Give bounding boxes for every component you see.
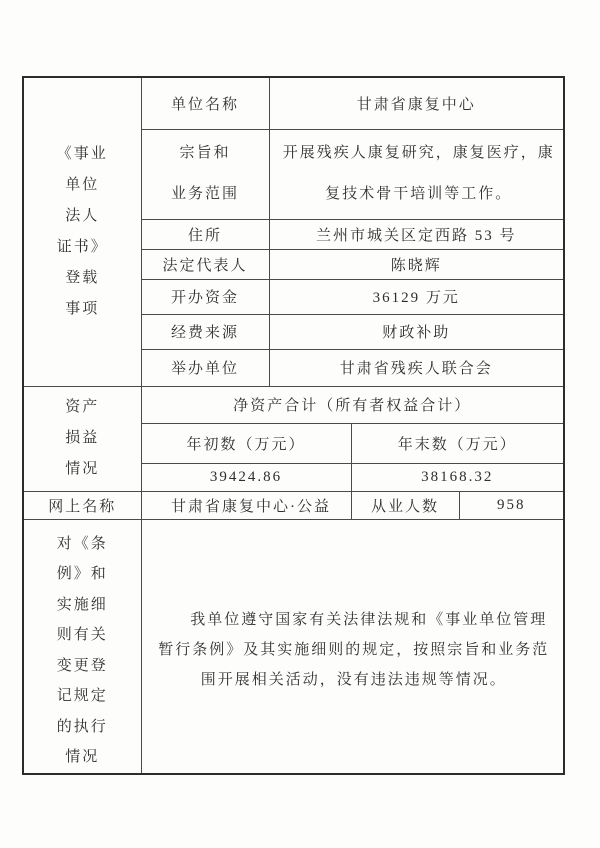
- side-label-line: 登载: [24, 263, 141, 294]
- year-start-header: 年初数（万元）: [141, 423, 351, 463]
- year-end-value: 38168.32: [351, 463, 564, 491]
- unit-name-label: 单位名称: [141, 77, 269, 129]
- compliance-statement: 我单位遵守国家有关法律法规和《事业单位管理暂行条例》及其实施细则的规定，按照宗旨…: [141, 519, 564, 774]
- side-label-line: 变更登: [24, 651, 141, 682]
- address-value: 兰州市城关区定西路 53 号: [269, 219, 564, 249]
- legal-person-annual-report-table: 《事业 单位 法人 证书》 登载 事项 单位名称 甘肃省康复中心 宗旨和 业务范…: [22, 76, 565, 775]
- side-label-line: 事项: [24, 294, 141, 325]
- side-label-line: 单位: [24, 170, 141, 201]
- organizer-value: 甘肃省残疾人联合会: [269, 349, 564, 386]
- side-label-line: 则有关: [24, 620, 141, 651]
- compliance-section-side-label: 对《条 例》和 实施细 则有关 变更登 记规定 的执行 情况: [23, 519, 141, 774]
- funding-source-label: 经费来源: [141, 314, 269, 349]
- side-label-line: 证书》: [24, 232, 141, 263]
- net-assets-header: 净资产合计（所有者权益合计）: [141, 386, 564, 423]
- side-label-line: 损益: [24, 423, 141, 454]
- scanned-document-page: 《事业 单位 法人 证书》 登载 事项 单位名称 甘肃省康复中心 宗旨和 业务范…: [0, 0, 600, 848]
- side-label-line: 法人: [24, 201, 141, 232]
- online-name-value: 甘肃省康复中心·公益: [141, 491, 351, 519]
- mission-label-line: 业务范围: [142, 174, 269, 215]
- unit-name-value: 甘肃省康复中心: [269, 77, 564, 129]
- legal-rep-label: 法定代表人: [141, 249, 269, 279]
- legal-rep-value: 陈晓辉: [269, 249, 564, 279]
- year-end-header: 年末数（万元）: [351, 423, 564, 463]
- address-label: 住所: [141, 219, 269, 249]
- side-label-line: 实施细: [24, 590, 141, 621]
- side-label-line: 资产: [24, 392, 141, 423]
- mission-label-line: 宗旨和: [142, 133, 269, 174]
- side-label-line: 记规定: [24, 681, 141, 712]
- side-label-line: 情况: [24, 742, 141, 773]
- organizer-label: 举办单位: [141, 349, 269, 386]
- mission-value: 开展残疾人康复研究，康复医疗，康复技术骨干培训等工作。: [269, 129, 564, 219]
- capital-label: 开办资金: [141, 279, 269, 314]
- side-label-line: 例》和: [24, 559, 141, 590]
- staff-count-label: 从业人数: [351, 491, 459, 519]
- year-start-value: 39424.86: [141, 463, 351, 491]
- funding-source-value: 财政补助: [269, 314, 564, 349]
- side-label-line: 的执行: [24, 712, 141, 743]
- assets-section-side-label: 资产 损益 情况: [23, 386, 141, 491]
- staff-count-value: 958: [459, 491, 564, 519]
- certificate-section-side-label: 《事业 单位 法人 证书》 登载 事项: [23, 77, 141, 386]
- side-label-line: 情况: [24, 454, 141, 485]
- side-label-line: 对《条: [24, 529, 141, 560]
- mission-label: 宗旨和 业务范围: [141, 129, 269, 219]
- side-label-line: 《事业: [24, 139, 141, 170]
- capital-value: 36129 万元: [269, 279, 564, 314]
- online-name-label: 网上名称: [23, 491, 141, 519]
